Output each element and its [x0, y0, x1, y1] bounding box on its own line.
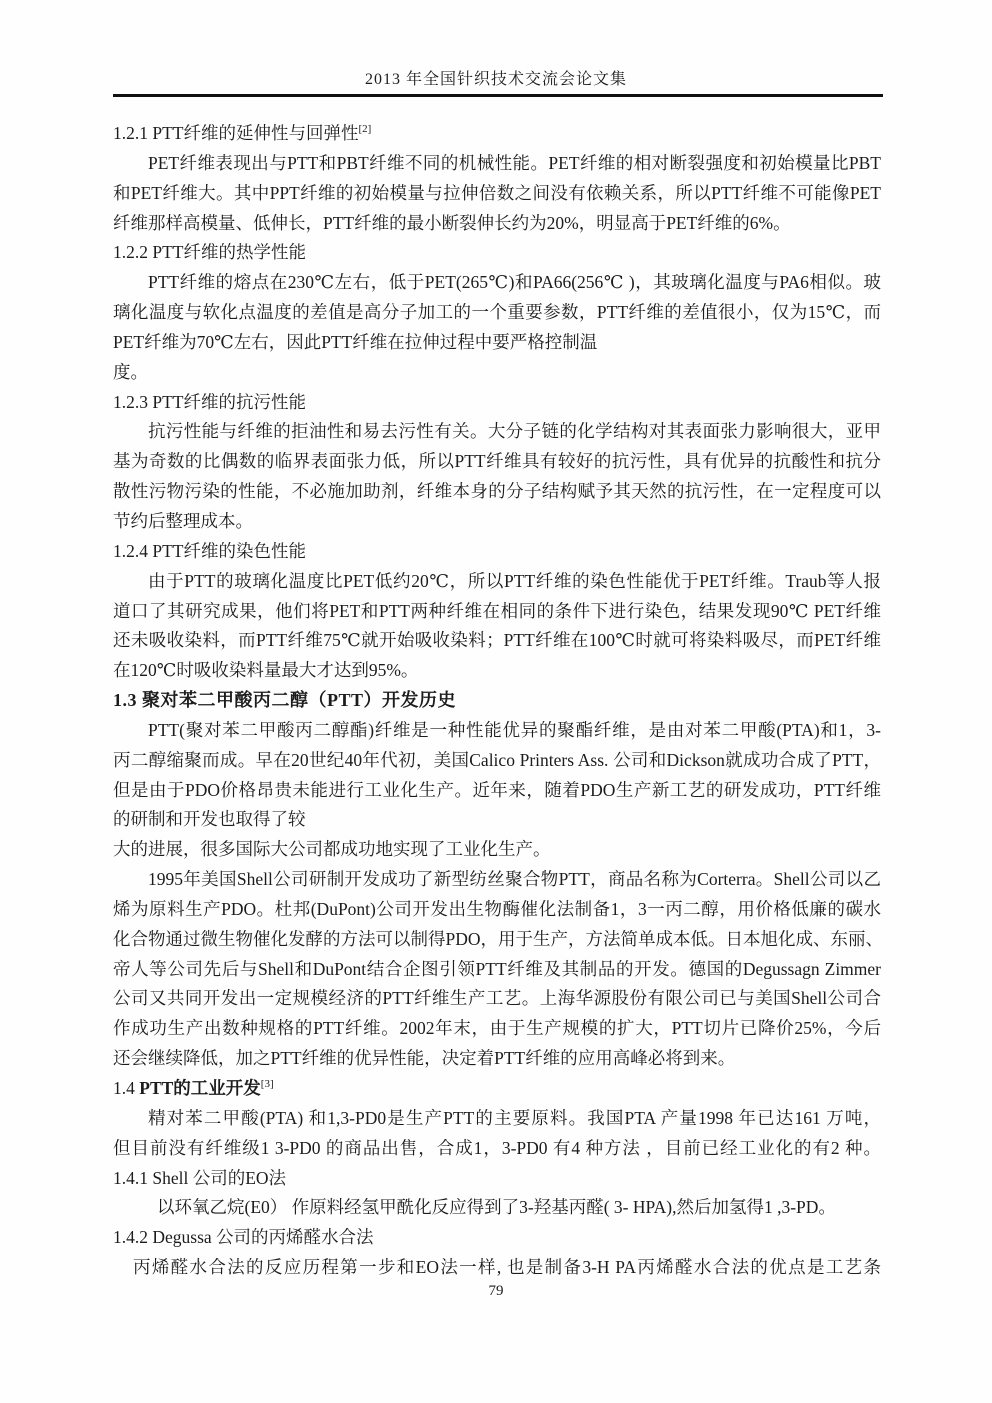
text-line: 但目前没有纤维级1 3-PD0 的商品出售，合成1，3-PD0 有4 种方法 ，… [113, 1134, 881, 1164]
text-line: PET纤维为70℃左右，因此PTT纤维在拉伸过程中要严格控制温 [113, 328, 881, 358]
text-line: 和PET纤维大。其中PPT纤维的初始模量与拉伸倍数之间没有依赖关系，所以PTT纤… [113, 179, 881, 209]
text-line: 作成功生产出数种规格的PTT纤维。2002年末，由于生产规模的扩大，PTT切片已… [113, 1014, 881, 1044]
text-line: PTT纤维的熔点在230℃左右，低于PET(265℃)和PA66(256℃ )，… [113, 268, 881, 298]
text-line: 纤维那样高模量、低伸长，PTT纤维的最小断裂伸长约为20%，明显高于PET纤维的… [113, 209, 881, 239]
text-line: PTT(聚对苯二甲酸丙二醇酯)纤维是一种性能优异的聚酯纤维，是由对苯二甲酸(PT… [113, 716, 881, 746]
text-line: 道口了其研究成果，他们将PET和PTT两种纤维在相同的条件下进行染色，结果发现9… [113, 597, 881, 627]
section-heading: 1.3 聚对苯二甲酸丙二醇（PTT）开发历史 [113, 686, 881, 716]
text-line: 帝人等公司先后与Shell和DuPont结合企图引领PTT纤维及其制品的开发。德… [113, 955, 881, 985]
page-number: 79 [0, 1283, 992, 1300]
text-line: 烯为原料生产PDO。杜邦(DuPont)公司开发出生物酶催化法制备1，3一丙二醇… [113, 895, 881, 925]
text-line: 还会继续降低，加之PTT纤维的优异性能，决定着PTT纤维的应用高峰必将到来。 [113, 1044, 881, 1074]
text-line: 化合物通过微生物催化发酵的方法可以制得PDO，用于生产，方法简单成本低。日本旭化… [113, 925, 881, 955]
text-line: 抗污性能与纤维的拒油性和易去污性有关。大分子链的化学结构对其表面张力影响很大，亚… [113, 417, 881, 447]
text-line: 的研制和开发也取得了较 [113, 805, 881, 835]
text-line: 基为奇数的比偶数的临界表面张力低，所以PTT纤维具有较好的抗污性，具有优异的抗酸… [113, 447, 881, 477]
text-line: 璃化温度与软化点温度的差值是高分子加工的一个重要参数，PTT纤维的差值很小，仅为… [113, 298, 881, 328]
section-heading: 1.2.4 PTT纤维的染色性能 [113, 537, 881, 567]
text-line: 以环氧乙烷(E0） 作原料经氢甲酰化反应得到了3-羟基丙醛( 3- HPA),然… [113, 1193, 881, 1223]
page-header-title: 2013 年全国针织技术交流会论文集 [0, 66, 992, 89]
section-heading: 1.2.1 PTT纤维的延伸性与回弹性[2] [113, 119, 881, 149]
text-line: 度。 [113, 358, 881, 388]
section-heading: 1.2.2 PTT纤维的热学性能 [113, 238, 881, 268]
text-line: 由于PTT的玻璃化温度比PET低约20℃，所以PTT纤维的染色性能优于PET纤维… [113, 567, 881, 597]
text-line: 大的进展，很多国际大公司都成功地实现了工业化生产。 [113, 835, 881, 865]
text-line: 丙二醇缩聚而成。早在20世纪40年代初，美国Calico Printers As… [113, 746, 881, 776]
reference-superscript: [3] [261, 1078, 274, 1090]
text-line: 公司又共同开发出一定规模经济的PTT纤维生产工艺。上海华源股份有限公司已与美国S… [113, 984, 881, 1014]
section-heading: 1.4 PTT的工业开发[3] [113, 1074, 881, 1104]
text-line: PET纤维表现出与PTT和PBT纤维不同的机械性能。PET纤维的相对断裂强度和初… [113, 149, 881, 179]
document-page: 2013 年全国针织技术交流会论文集 1.2.1 PTT纤维的延伸性与回弹性[2… [0, 0, 992, 1403]
text-line: 精对苯二甲酸(PTA) 和1,3-PD0是生产PTT的主要原料。我国PTA 产量… [113, 1104, 881, 1134]
text-line: 节约后整理成本。 [113, 507, 881, 537]
section-heading: 1.4.1 Shell 公司的EO法 [113, 1164, 881, 1194]
text-line: 在120℃时吸收染料量最大才达到95%。 [113, 656, 881, 686]
text-line: 丙烯醛水合法的反应历程第一步和EO法一样, 也是制备3-H PA丙烯醛水合法的优… [113, 1253, 881, 1283]
header-rule [113, 94, 883, 97]
text-line: 但是由于PDO价格昂贵未能进行工业化生产。近年来，随着PDO生产新工艺的研发成功… [113, 776, 881, 806]
section-heading: 1.2.3 PTT纤维的抗污性能 [113, 388, 881, 418]
text-line: 散性污物污染的性能，不必施加助剂，纤维本身的分子结构赋予其天然的抗污性，在一定程… [113, 477, 881, 507]
text-line: 1995年美国Shell公司研制开发成功了新型纺丝聚合物PTT，商品名称为Cor… [113, 865, 881, 895]
content-lines: 1.2.1 PTT纤维的延伸性与回弹性[2]PET纤维表现出与PTT和PBT纤维… [113, 119, 881, 1283]
text-line: 还未吸收染料，而PTT纤维75℃就开始吸收染料；PTT纤维在100℃时就可将染料… [113, 626, 881, 656]
section-heading: 1.4.2 Degussa 公司的丙烯醛水合法 [113, 1223, 881, 1253]
reference-superscript: [2] [359, 123, 372, 135]
